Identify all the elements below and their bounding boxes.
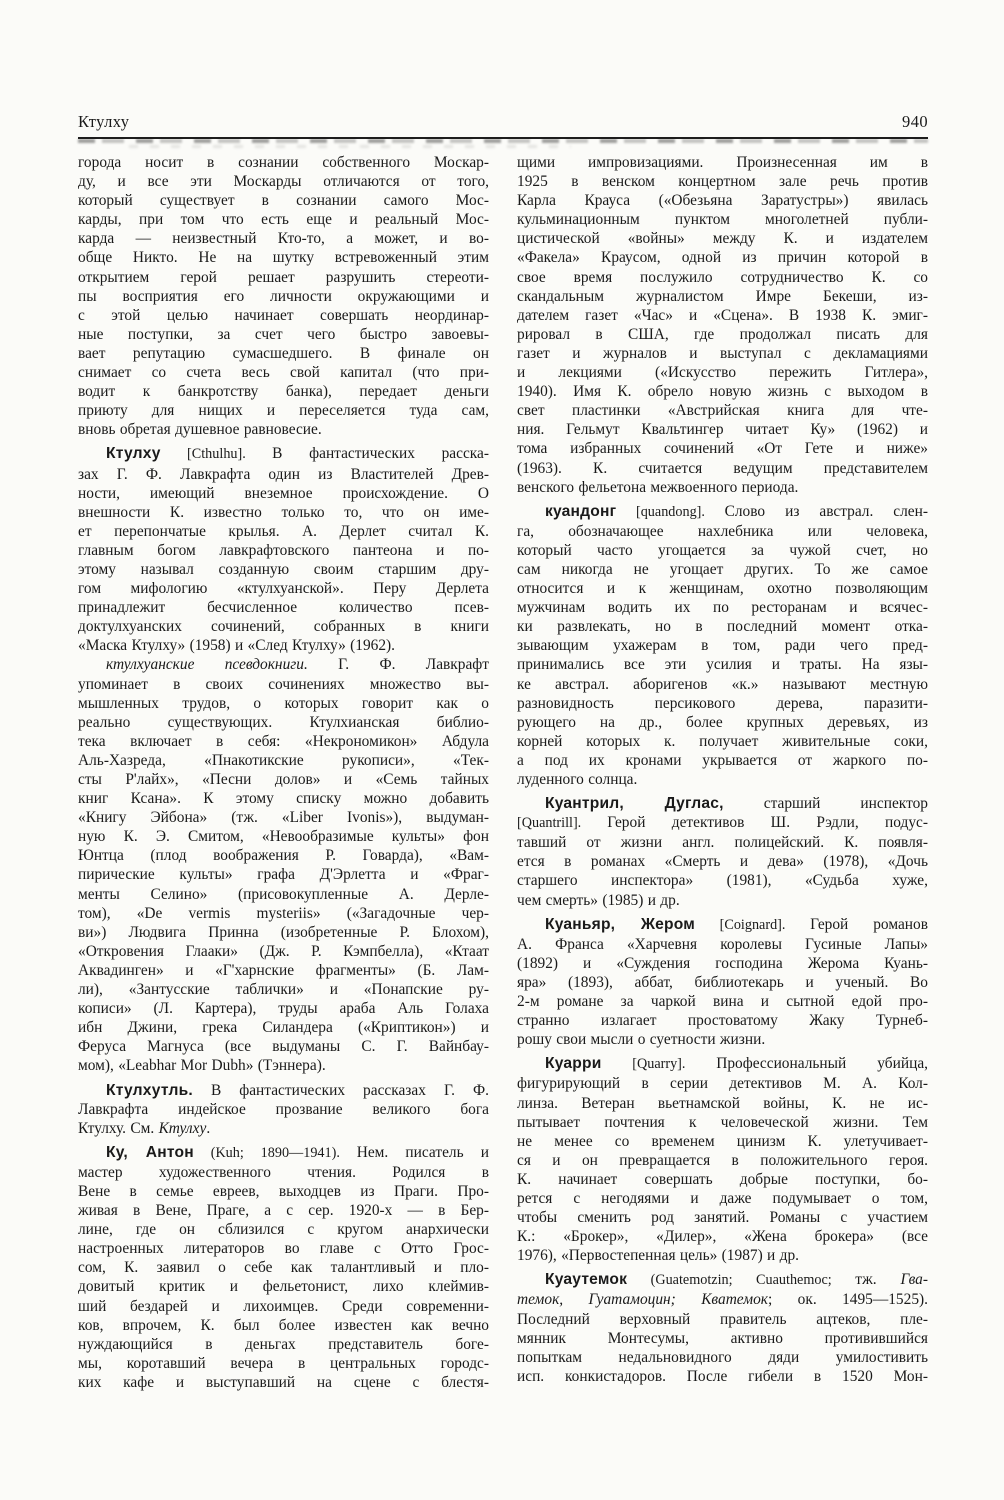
body-text: сты Р'лайх», «Песни долов» и «Семь тайны… [78,771,489,788]
text-line: исп. конкистадоров. После гибели в 1520 … [517,1367,928,1386]
continuation-ku-anton: щими импровизациями. Произнесенная им в1… [517,153,928,497]
text-line: Карла Крауса («Обезьяна Заратустры») яви… [517,191,928,210]
body-text: нуждающийся в деньгах представитель боге… [78,1336,489,1353]
body-text: менты Селино» (присовокупленные А. Дерле… [78,886,489,903]
body-text: водит к банкротству банка), передает ден… [78,383,489,400]
body-text: старшего инспектора» (1981), «Судьба хуж… [517,872,928,889]
body-text: мом), «Leabhar Mor Dubh» (Тэннера). [78,1057,326,1074]
text-line: довитый критик и фельетонист, лихо клейм… [78,1277,489,1296]
text-line: К.: «Брокер», «Дилер», «Жена брокера» (в… [517,1227,928,1246]
entry-headword: Ктулхутль. [106,1082,193,1099]
text-line: том), «De vermis mysteriis» («Загадочные… [78,904,489,923]
text-line: К. начинает совершать добрые поступки, б… [517,1170,928,1189]
text-line: «Откровения Глааки» (Дж. Р. Кэмпбелла), … [78,942,489,961]
body-text: ли), «Зантусские таблички» и «Понапские … [78,981,489,998]
text-line: который часто угощается за чужой счет, н… [517,541,928,560]
text-line: и лекциями («Искусство пережить Гитлера»… [517,363,928,382]
latin-gloss: [Quantrill]. [517,815,607,831]
text-line: тавший от жизни англ. полицейский. К. по… [517,833,928,852]
scanned-dictionary-page: Ктулху 940 города носит в сознании собст… [0,0,1004,1500]
text-line: ков, впрочем, К. был более известен как … [78,1316,489,1335]
body-text: открытием герой решает разрушить стереот… [78,269,489,286]
body-text: мы, коротавший вечера в центральных горо… [78,1355,489,1372]
text-line: Ктулху. См. Ктулху. [78,1119,489,1138]
entry-kuantril-duglas: Куантрил, Дуглас, старший инспектор[Quan… [517,794,928,910]
text-line: главным богом лавкрафтовского пантеона и… [78,541,489,560]
body-text: скандальным журналистом Имре Бекеши, из- [517,288,928,305]
body-text: ности, имеющий внеземное происхождение. … [78,485,489,502]
text-line: ке австрал. аборигенов «к.» называют мес… [517,675,928,694]
body-text: цистической «войны» между К. и издателем [517,230,928,247]
text-line: открытием герой решает разрушить стереот… [78,268,489,287]
body-text: а под их кронами укрывается от жаркого п… [517,752,928,769]
body-text: рировал в США, где продолжал писать для [517,326,928,343]
text-line: ет перепончатые крылья. А. Дерлет считал… [78,522,489,541]
continuation-moskarda: города носит в сознании собственного Мос… [78,153,489,439]
body-text: принадлежит бесчисленное количество псев… [78,599,489,616]
column-left: города носит в сознании собственного Мос… [78,153,489,1392]
text-line: ких кафе и выступавший на сцене с блестя… [78,1373,489,1392]
text-line: 1925 в венском концертном зале речь прот… [517,172,928,191]
entry-ktulhutl: Ктулхутль. В фантастических рассказах Г.… [78,1081,489,1138]
text-line: [Quantrill]. Герой детективов Ш. Рэдли, … [517,813,928,833]
text-line: с этой целью начинает совершать неордина… [78,306,489,325]
body-text: «Факела» Краусом, одной из причин которо… [517,249,928,266]
text-line: чем смерть» (1985) и др. [517,891,928,910]
text-line: Последний верховный правитель ацтеков, п… [517,1310,928,1329]
body-text: 1976), «Первостепенная цель» (1987) и др… [517,1247,799,1264]
text-line: сом, К. заявил о себе как талантливый и … [78,1258,489,1277]
text-line: упоминает в своих сочинениях множество в… [78,675,489,694]
body-text: рется с негодяями и даже подумывает о то… [517,1190,928,1207]
body-text: попыткам недальновидного дяди умилостиви… [517,1349,928,1366]
text-line: чтобы сменить род занятий. Романы с учас… [517,1208,928,1227]
body-text: сам никогда не угощает других. То же сам… [517,561,928,578]
body-text: Феруса Магнуса (все выдуманы С. Г. Вайнб… [78,1038,489,1055]
text-line: мы, коротавший вечера в центральных горо… [78,1354,489,1373]
text-line: ктулхуанские псевдокниги. Г. Ф. Лавкрафт [78,655,489,674]
body-text: ший бездарей и лихоимцев. Среди современ… [78,1298,489,1315]
body-text: вает репутацию сумасшедшего. В финале он [78,345,489,362]
text-line: Куантрил, Дуглас, старший инспектор [517,794,928,813]
body-text: мянник Монтесумы, активно противившийся [517,1330,928,1347]
text-line: кульминационным пунктом многолетней публ… [517,210,928,229]
body-text: живая в Вене, Праге, а с сер. 1920-х — в… [78,1202,489,1219]
text-line: (1963). К. считается ведущим представите… [517,459,928,478]
body-text: этому называл созданную своим старшим др… [78,561,489,578]
text-line: фигурирующий в серии детективов М. А. Ко… [517,1074,928,1093]
text-line: зывающим ухажерам в том, ради чего пред- [517,636,928,655]
body-text: пирические культы» графа Д'Эрлетта и «Фр… [78,866,489,883]
body-text: (1892) и «Суждения господина Жерома Куан… [517,955,928,972]
text-line: ности, имеющий внеземное происхождение. … [78,484,489,503]
body-text: разновидность персикового дерева, парази… [517,695,928,712]
text-line: мом), «Leabhar Mor Dubh» (Тэннера). [78,1056,489,1075]
text-line: свет пластинки «Австрийская книга для чт… [517,401,928,420]
italic-term: Гва- [900,1271,928,1288]
body-text: К.: «Брокер», «Дилер», «Жена брокера» (в… [517,1228,928,1245]
body-text: фигурирующий в серии детективов М. А. Ко… [517,1075,928,1092]
text-line: «Маска Ктулху» (1958) и «След Ктулху» (1… [78,636,489,655]
text-line: мянник Монтесумы, активно противившийся [517,1329,928,1348]
text-line: тека включает в себя: «Некрономикон» Абд… [78,732,489,751]
latin-gloss: [Quarry]. [602,1056,717,1072]
body-text: принимались все эти усилия и траты. На я… [517,656,928,673]
body-text: тека включает в себя: «Некрономикон» Абд… [78,733,489,750]
text-line: куандонг [quandong]. Слово из австрал. с… [517,502,928,522]
text-line: ные поступки, за счет чего быстро завоев… [78,325,489,344]
body-text: кописи» (Л. Картера), труды араба Аль Го… [78,1000,489,1017]
entry-ktulhu: Ктулху [Cthulhu]. В фантастических расск… [78,444,489,655]
body-text: доктулхуанских сочинений, собранных в кн… [78,618,489,635]
body-text: ся и он превращается в положительного ге… [517,1152,928,1169]
text-line: ся и он превращается в положительного ге… [517,1151,928,1170]
entry-headword: Ктулху [106,445,161,462]
text-line: Аквадинген» и «Г'харнские фрагменты» (Б.… [78,961,489,980]
text-line: водит к банкротству банка), передает ден… [78,382,489,401]
text-line: карды, при том что есть еще и реальный М… [78,210,489,229]
text-line: книг Ксана». К этому списку можно добави… [78,789,489,808]
running-head: Ктулху 940 [78,112,928,132]
body-text: яра» (1893), аббат, библиотекарь и учены… [517,974,928,991]
text-line: корней которых к. получает живительные с… [517,732,928,751]
text-line: ки развлекать, но в последний момент отк… [517,617,928,636]
body-text: чем смерть» (1985) и др. [517,892,680,909]
text-line: вает репутацию сумасшедшего. В финале он [78,344,489,363]
body-text: мастер художественного чтения. Родился в [78,1164,489,1181]
body-text: щими импровизациями. Произнесенная им в [517,154,928,171]
text-line: 1976), «Первостепенная цель» (1987) и др… [517,1246,928,1265]
text-line: Куаутемок (Guatemotzin; Cuauthemoc; тж. … [517,1270,928,1290]
text-line: ли), «Зантусские таблички» и «Понапские … [78,980,489,999]
body-text: ибн Джини, грека Силандера («Криптикон»)… [78,1019,489,1036]
body-text: Герой романов [810,916,928,933]
running-head-keyword: Ктулху [78,112,129,132]
text-line: настроенных литераторов во главе с Отто … [78,1239,489,1258]
body-text: карда — неизвестный Кто-то, а может, и в… [78,230,489,247]
text-line: Куаньяр, Жером [Coignard]. Герой романов [517,915,928,935]
entry-kuautemok: Куаутемок (Guatemotzin; Cuauthemoc; тж. … [517,1270,928,1386]
body-text: упоминает в своих сочинениях множество в… [78,676,489,693]
body-text: корней которых к. получает живительные с… [517,733,928,750]
body-text: ких кафе и выступавший на сцене с блестя… [78,1374,489,1391]
body-text: ке австрал. аборигенов «к.» называют мес… [517,676,928,693]
entry-kuarri: Куарри [Quarry]. Профессиональный убийца… [517,1054,928,1265]
text-line: мужчинам водить их по ресторанам и всяче… [517,598,928,617]
italic-term: ктулхуанские псевдокниги. [106,656,308,673]
latin-gloss: [Cthulhu]. [161,446,273,462]
text-line: Ку, Антон (Kuh; 1890—1941). Нем. писател… [78,1143,489,1163]
body-text: внешности К. известно только то, что он … [78,504,489,521]
body-text: тавший от жизни англ. полицейский. К. по… [517,834,928,851]
entry-kuandong: куандонг [quandong]. Слово из австрал. с… [517,502,928,789]
text-line: этому называл созданную своим старшим др… [78,560,489,579]
body-text: Аль-Хазреда, «Пнакотикские рукописи», «Т… [78,752,489,769]
text-line: Юнтца (плод воображения Р. Говарда), «Ва… [78,846,489,865]
text-line: пы восприятия его личности окружающими и [78,287,489,306]
text-line: 1940). Имя К. обрело новую жизнь с выход… [517,382,928,401]
text-line: принадлежит бесчисленное количество псев… [78,598,489,617]
column-right: щими импровизациями. Произнесенная им в1… [517,153,928,1392]
body-text: тж. [855,1271,900,1288]
text-line: «Книгу Эйбона» (тж. «Liber Ivonis»), выд… [78,808,489,827]
body-text: лине, где он сблизился с кругом анархиче… [78,1221,489,1238]
body-text: настроенных литераторов во главе с Отто … [78,1240,489,1257]
text-line: венского фельетона межвоенного периода. [517,478,928,497]
text-line: гом мифологию «ктулхуанской». Перу Дерле… [78,579,489,598]
body-text: «Откровения Глааки» (Дж. Р. Кэмпбелла), … [78,943,489,960]
body-text: мужчинам водить их по ресторанам и всяче… [517,599,928,616]
text-line: странно излагает простоватому Жаку Турне… [517,1011,928,1030]
text-line: ную К. Э. Смитом, «Невообразимые культы»… [78,827,489,846]
body-text: 1925 в венском концертном зале речь прот… [517,173,928,190]
body-text: свое время послужило сотрудничество К. с… [517,269,928,286]
text-line: яра» (1893), аббат, библиотекарь и учены… [517,973,928,992]
text-line: карда — неизвестный Кто-то, а может, и в… [78,229,489,248]
text-line: дателем газет «Час» и «Сцена». В 1938 К.… [517,306,928,325]
body-text: ви») Людвига Принна (изобретенные Р. Бло… [78,924,489,941]
text-line: реально существующих. Ктулхианская библи… [78,713,489,732]
text-line: принимались все эти усилия и траты. На я… [517,655,928,674]
body-text: Профессиональный убийца, [716,1055,928,1072]
text-line: Феруса Магнуса (все выдуманы С. Г. Вайнб… [78,1037,489,1056]
latin-gloss: [quandong]. [616,504,724,520]
body-text: странно излагает простоватому Жаку Турне… [517,1012,928,1029]
text-line: Лавкрафта индейское прозвание великого б… [78,1100,489,1119]
text-line: пытывает почтения к человеческой жизни. … [517,1113,928,1132]
ink-bleed-artifact [78,139,928,143]
body-text: дателем газет «Час» и «Сцена». В 1938 К.… [517,307,928,324]
text-line: луденного солнца. [517,770,928,789]
body-text: чтобы сменить род занятий. Романы с учас… [517,1209,928,1226]
body-text: старший инспектор [724,795,928,812]
text-line: Вене в семье евреев, выходцев из Праги. … [78,1182,489,1201]
body-text: мышленных трудов, о которых говорит как … [78,695,489,712]
text-line: ибн Джини, грека Силандера («Криптикон»)… [78,1018,489,1037]
body-text: А. Франса «Харчевня королевы Гусиные Лап… [517,936,928,953]
text-line: ви») Людвига Принна (изобретенные Р. Бло… [78,923,489,942]
body-text: Нем. писатель и [357,1144,489,1161]
text-line: 2-м романе за чаркой вина и сытной едой … [517,992,928,1011]
text-line: Ктулху [Cthulhu]. В фантастических расск… [78,444,489,464]
body-text: города носит в сознании собственного Мос… [78,154,489,171]
body-text: не менее со временем цинизм К. улетучива… [517,1133,928,1150]
text-line: газет и журналов и выступал с декламация… [517,344,928,363]
body-text: Герой детективов Ш. Рэдли, подус- [607,814,928,831]
text-line: тома избранных сочинений «От Гете и ниже… [517,439,928,458]
italic-term: темок, Гуатамоцин; Кватемок [517,1291,768,1308]
body-text: ные поступки, за счет чего быстро завоев… [78,326,489,343]
body-text: линза. Ветеран вьетнамской войны, К. не … [517,1095,928,1112]
text-line: разновидность персикового дерева, парази… [517,694,928,713]
text-line: Аль-Хазреда, «Пнакотикские рукописи», «Т… [78,751,489,770]
text-line: попыткам недальновидного дяди умилостиви… [517,1348,928,1367]
body-text: «Книгу Эйбона» (тж. «Liber Ivonis»), выд… [78,809,489,826]
text-line: а под их кронами укрывается от жаркого п… [517,751,928,770]
latin-gloss: (Kuh; 1890—1941). [194,1145,357,1161]
body-text: вновь обретая душевное равновесие. [78,421,322,438]
text-line: рировал в США, где продолжал писать для [517,325,928,344]
body-text: Слово из австрал. слен- [725,503,928,520]
text-line: менты Селино» (присовокупленные А. Дерле… [78,885,489,904]
body-text: Последний верховный правитель ацтеков, п… [517,1311,928,1328]
text-line: лине, где он сблизился с кругом анархиче… [78,1220,489,1239]
text-line: Куарри [Quarry]. Профессиональный убийца… [517,1054,928,1074]
body-text: пытывает почтения к человеческой жизни. … [517,1114,928,1131]
latin-gloss: [Coignard]. [695,917,810,933]
entry-headword: Куарри [545,1055,602,1072]
page-number: 940 [902,112,928,132]
body-text: «Маска Ктулху» (1958) и «След Ктулху» (1… [78,637,395,654]
text-line: ния. Гельмут Квальтингер читает Ку» (196… [517,420,928,439]
text-line: ду, и все эти Москарды отличаются от тог… [78,172,489,191]
body-text: довитый критик и фельетонист, лихо клейм… [78,1278,489,1295]
body-text: гом мифологию «ктулхуанской». Перу Дерле… [78,580,489,597]
text-line: пирические культы» графа Д'Эрлетта и «Фр… [78,865,489,884]
body-text: луденного солнца. [517,771,637,788]
body-text: относится и к женщинам, охотно позволяющ… [517,580,928,597]
body-text: исп. конкистадоров. После гибели в 1520 … [517,1368,928,1385]
text-line: рошу свои мысли о суетности жизни. [517,1030,928,1049]
text-line: кописи» (Л. Картера), труды араба Аль Го… [78,999,489,1018]
text-line: который существует в сознании самого Мос… [78,191,489,210]
entry-headword: Куаньяр, Жером [545,916,695,933]
text-line: цистической «войны» между К. и издателем [517,229,928,248]
text-line: ется в романах «Смерть и дева» (1978), «… [517,852,928,871]
text-line: снимает со счета весь свой капитал (что … [78,363,489,382]
text-line: живая в Вене, Праге, а с сер. 1920-х — в… [78,1201,489,1220]
body-text: Лавкрафта индейское прозвание великого б… [78,1101,489,1118]
header-rule [78,137,928,149]
body-text: пы восприятия его личности окружающими и [78,288,489,305]
body-text: В фантастических расска- [272,445,489,462]
body-text: приюту для нищих и переселяется туда сам… [78,402,489,419]
body-text: тома избранных сочинений «От Гете и ниже… [517,440,928,457]
text-line: зах Г. Ф. Лавкрафта один из Властителей … [78,465,489,484]
body-text: карды, при том что есть еще и реальный М… [78,211,489,228]
body-text: 2-м романе за чаркой вина и сытной едой … [517,993,928,1010]
body-text: том), «De vermis mysteriis» («Загадочные… [78,905,489,922]
entry-headword: Куантрил, Дуглас, [545,795,724,812]
body-text: ков, впрочем, К. был более известен как … [78,1317,489,1334]
text-line: приюту для нищих и переселяется туда сам… [78,401,489,420]
body-text: В фантастических рассказах Г. Ф. [193,1082,489,1099]
text-line: (1892) и «Суждения господина Жерома Куан… [517,954,928,973]
text-line: рующего на др., более крупных деревьях, … [517,713,928,732]
body-text: Юнтца (плод воображения Р. Говарда), «Ва… [78,847,489,864]
entry-headword: Куаутемок [545,1271,627,1288]
text-line: мышленных трудов, о которых говорит как … [78,694,489,713]
body-text: ется в романах «Смерть и дева» (1978), «… [517,853,928,870]
text-line: обще Никто. Не на шутку встревоженный эт… [78,248,489,267]
text-line: га, обозначающее нахлебника или человека… [517,522,928,541]
body-text: рующего на др., более крупных деревьях, … [517,714,928,731]
text-line: мастер художественного чтения. Родился в [78,1163,489,1182]
entry-kuanyar-zherom: Куаньяр, Жером [Coignard]. Герой романов… [517,915,928,1050]
body-text: га, обозначающее нахлебника или человека… [517,523,928,540]
entry-headword: Ку, Антон [106,1144,194,1161]
text-line: щими импровизациями. Произнесенная им в [517,153,928,172]
ink-bleed-artifact-faint [129,145,571,148]
body-text: зывающим ухажерам в том, ради чего пред- [517,637,928,654]
body-text: свет пластинки «Австрийская книга для чт… [517,402,928,419]
body-text: Ктулху. См. [78,1120,159,1137]
entry-ku-anton: Ку, Антон (Kuh; 1890—1941). Нем. писател… [78,1143,489,1392]
text-line: старшего инспектора» (1981), «Судьба хуж… [517,871,928,890]
body-text: кульминационным пунктом многолетней публ… [517,211,928,228]
body-text: ную К. Э. Смитом, «Невообразимые культы»… [78,828,489,845]
text-line: «Факела» Краусом, одной из причин которо… [517,248,928,267]
body-text: главным богом лавкрафтовского пантеона и… [78,542,489,559]
text-line: относится и к женщинам, охотно позволяющ… [517,579,928,598]
body-text: 1940). Имя К. обрело новую жизнь с выход… [517,383,928,400]
text-line: нуждающийся в деньгах представитель боге… [78,1335,489,1354]
body-text: сом, К. заявил о себе как талантливый и … [78,1259,489,1276]
body-text: зах Г. Ф. Лавкрафта один из Властителей … [78,466,489,483]
body-text: реально существующих. Ктулхианская библи… [78,714,489,731]
body-text: К. начинает совершать добрые поступки, б… [517,1171,928,1188]
body-text: Аквадинген» и «Г'харнские фрагменты» (Б.… [78,962,489,979]
body-text: Карла Крауса («Обезьяна Заратустры») яви… [517,192,928,209]
body-text: Вене в семье евреев, выходцев из Праги. … [78,1183,489,1200]
text-line: города носит в сознании собственного Мос… [78,153,489,172]
body-text: ки развлекать, но в последний момент отк… [517,618,928,635]
text-line: вновь обретая душевное равновесие. [78,420,489,439]
text-line: Ктулхутль. В фантастических рассказах Г.… [78,1081,489,1100]
text-line: А. Франса «Харчевня королевы Гусиные Лап… [517,935,928,954]
italic-term: Ктулху [159,1120,207,1137]
text-line: внешности К. известно только то, что он … [78,503,489,522]
body-text: газет и журналов и выступал с декламация… [517,345,928,362]
text-line: линза. Ветеран вьетнамской войны, К. не … [517,1094,928,1113]
text-line: не менее со временем цинизм К. улетучива… [517,1132,928,1151]
body-text: Г. Ф. Лавкрафт [308,656,489,673]
latin-gloss: (Guatemotzin; Cuauthemoc; [627,1272,855,1288]
text-line: сты Р'лайх», «Песни долов» и «Семь тайны… [78,770,489,789]
body-text: ния. Гельмут Квальтингер читает Ку» (196… [517,421,928,438]
body-text: венского фельетона межвоенного периода. [517,479,798,496]
body-text: рошу свои мысли о суетности жизни. [517,1031,765,1048]
body-text: который существует в сознании самого Мос… [78,192,489,209]
subentry-ktulhuan-pseudobooks: ктулхуанские псевдокниги. Г. Ф. Лавкрафт… [78,655,489,1075]
body-text: обще Никто. Не на шутку встревоженный эт… [78,249,489,266]
body-text: ет перепончатые крылья. А. Дерлет считал… [78,523,489,540]
entry-headword: куандонг [545,503,616,520]
text-line: сам никогда не угощает других. То же сам… [517,560,928,579]
text-line: рется с негодяями и даже подумывает о то… [517,1189,928,1208]
body-text: снимает со счета весь свой капитал (что … [78,364,489,381]
body-text: который часто угощается за чужой счет, н… [517,542,928,559]
body-text: ; ок. 1495—1525). [768,1291,928,1308]
body-text: . [206,1120,210,1137]
body-text: ду, и все эти Москарды отличаются от тог… [78,173,489,190]
text-line: скандальным журналистом Имре Бекеши, из- [517,287,928,306]
text-line: ший бездарей и лихоимцев. Среди современ… [78,1297,489,1316]
text-line: свое время послужило сотрудничество К. с… [517,268,928,287]
text-line: доктулхуанских сочинений, собранных в кн… [78,617,489,636]
body-text: книг Ксана». К этому списку можно добави… [78,790,489,807]
text-line: темок, Гуатамоцин; Кватемок; ок. 1495—15… [517,1290,928,1309]
body-text: (1963). К. считается ведущим представите… [517,460,928,477]
text-columns: города носит в сознании собственного Мос… [78,153,928,1392]
body-text: с этой целью начинает совершать неордина… [78,307,489,324]
body-text: и лекциями («Искусство пережить Гитлера»… [517,364,928,381]
